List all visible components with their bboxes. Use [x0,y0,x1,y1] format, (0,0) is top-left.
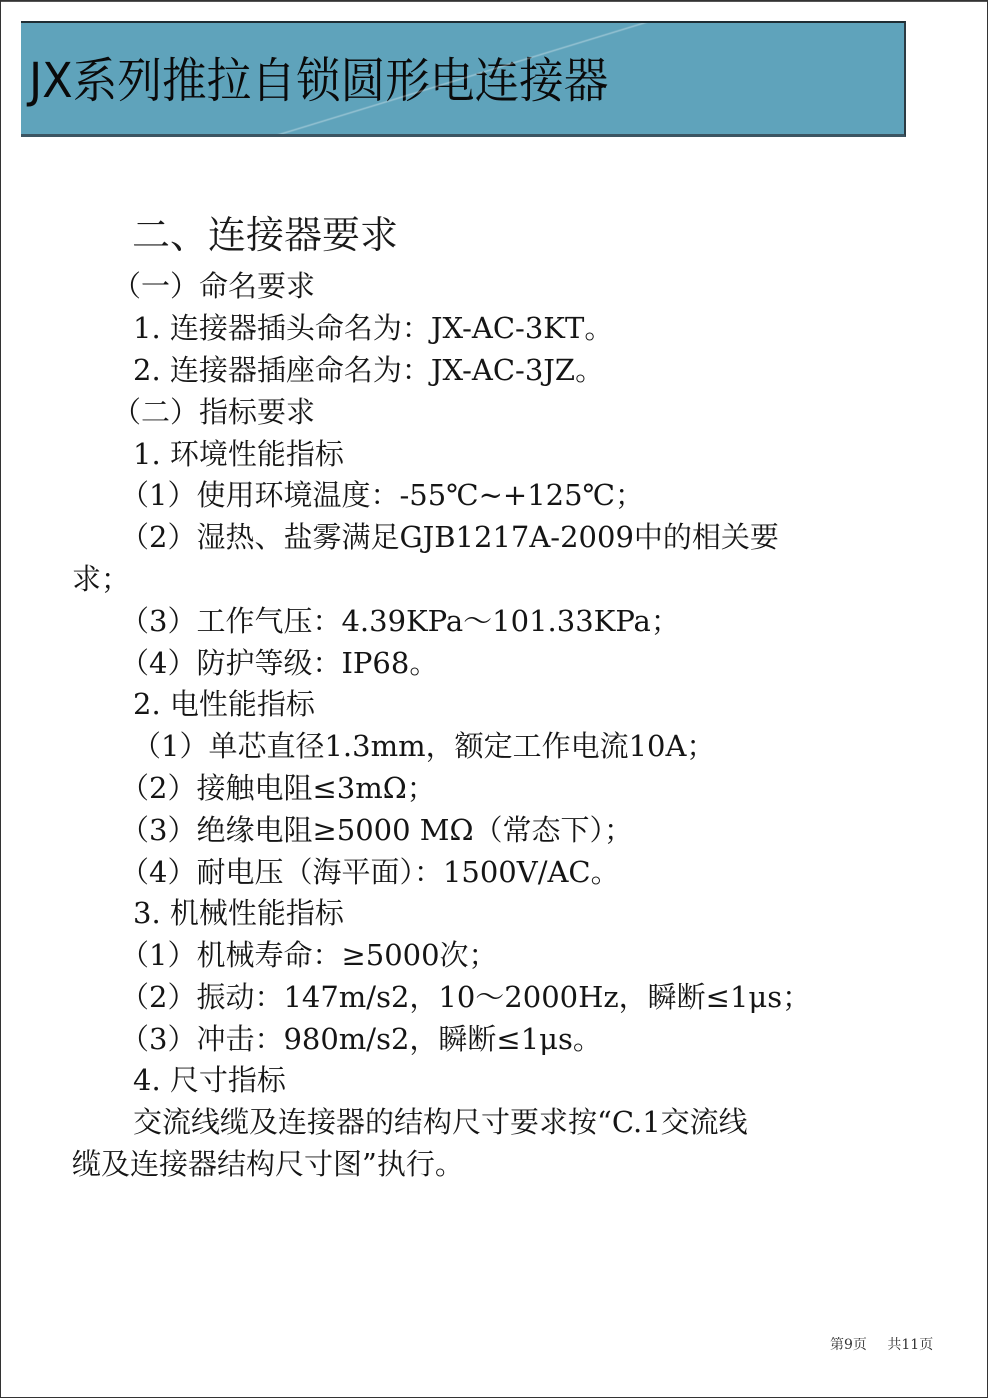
body-line: （一）命名要求 [112,268,315,304]
body-line: 缆及连接器结构尺寸图”执行。 [72,1146,464,1182]
body-line: 1. 环境性能指标 [133,436,344,472]
body-line: （1）使用环境温度：-55℃~+125℃； [120,477,644,513]
current-page-label: 第9页 [830,1337,867,1353]
body-line: 求； [72,561,130,597]
section-heading: 二、连接器要求 [132,212,398,258]
total-pages-label: 共11页 [887,1337,933,1353]
body-line: 4. 尺寸指标 [133,1062,286,1098]
body-line: 3. 机械性能指标 [133,895,344,931]
body-line: 2. 电性能指标 [133,686,315,722]
body-line: （1）单芯直径1.3mm，额定工作电流10A； [132,728,715,764]
body-line: （3）绝缘电阻≥5000 MΩ（常态下）； [120,812,633,848]
body-line: （二）指标要求 [112,394,315,430]
body-line: （2）振动：147m/s2，10～2000Hz，瞬断≤1μs； [120,979,811,1015]
body-line: 1. 连接器插头命名为：JX-AC-3KT。 [133,310,613,346]
body-line: （1）机械寿命：≥5000次； [120,937,498,973]
body-line: 交流线缆及连接器的结构尺寸要求按“C.1交流线 [133,1104,748,1140]
body-line: （3）冲击：980m/s2，瞬断≤1μs。 [120,1021,602,1057]
body-line: （2）接触电阻≤3mΩ； [120,770,436,806]
body-line: （4）耐电压（海平面）：1500V/AC。 [120,854,620,890]
title-banner: JX系列推拉自锁圆形电连接器 [21,21,906,137]
body-line: （4）防护等级：IP68。 [120,645,438,681]
body-line: （2）湿热、盐雾满足GJB1217A-2009中的相关要 [120,519,779,555]
body-line: 2. 连接器插座命名为：JX-AC-3JZ。 [133,352,604,388]
body-line: （3）工作气压：4.39KPa～101.33KPa； [120,603,680,639]
page-footer: 第9页 共11页 [830,1334,933,1354]
document-title: JX系列推拉自锁圆形电连接器 [29,53,608,109]
